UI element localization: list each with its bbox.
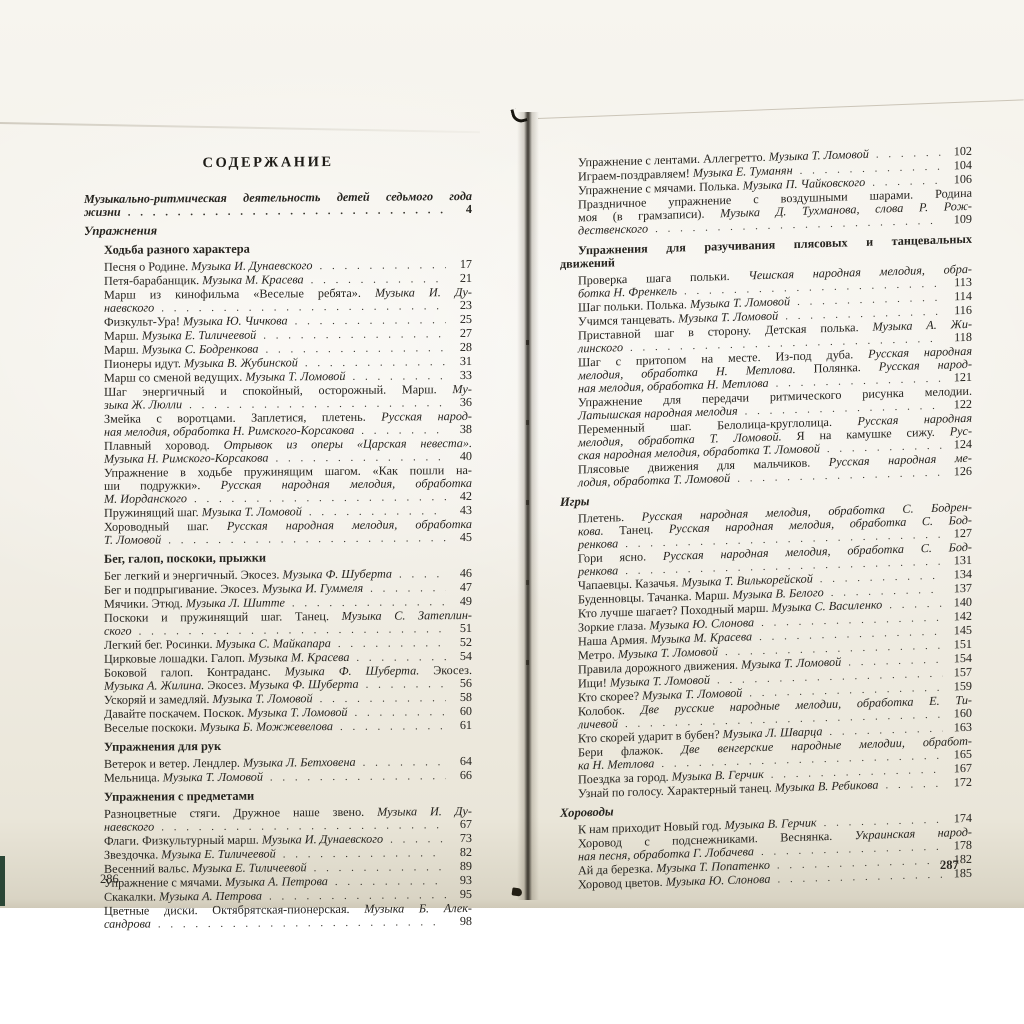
binding-stitches	[526, 340, 529, 345]
dot-leader: . . . . . . . . . . . . . . . . . . . . …	[313, 259, 447, 273]
page-number: 126	[943, 465, 972, 479]
page-number: 73	[446, 832, 472, 845]
dot-leader: . . . . . . . . . . . . . . . . . . . . …	[392, 568, 446, 581]
toc-entry: Хороводный шаг. Русская народная мелодия…	[84, 518, 472, 548]
page-number: 114	[943, 290, 972, 304]
toc-entry: Поскоки и пружинящий шаг. Танец. Музыка …	[84, 609, 472, 639]
page-number: 95	[446, 888, 472, 901]
book-photo-stage: СОДЕРЖАНИЕ Музыкально-ритмическая деятел…	[0, 0, 1024, 1024]
page-number: 38	[446, 423, 472, 436]
book-cover-edge	[0, 856, 5, 906]
left-folio-number: 286	[100, 872, 119, 887]
toc-entry-text: личевой	[578, 717, 618, 731]
page-number: 36	[446, 396, 472, 409]
dot-leader: . . . . . . . . . . . . . . . . . . . . …	[869, 147, 943, 162]
page-number: 60	[446, 705, 472, 718]
page-number: 122	[943, 398, 972, 412]
page-number: 106	[943, 173, 972, 187]
dot-leader: . . . . . . . . . . . . . . . . . . . . …	[263, 770, 446, 784]
page-number: 172	[943, 776, 972, 790]
toc-entry-text: ренкова	[578, 564, 618, 578]
page-number: 160	[943, 707, 972, 721]
left-page: СОДЕРЖАНИЕ Музыкально-ритмическая деятел…	[84, 153, 472, 932]
toc-entry: Мельница. Музыка Т. Ломовой. . . . . . .…	[84, 769, 472, 786]
page-number: 31	[446, 355, 472, 368]
toc-entry: Упражнение в ходьбе пружинящим шагом. «К…	[84, 464, 472, 507]
page-number: 121	[943, 371, 972, 385]
dot-leader: . . . . . . . . . . . . . . . . . . . . …	[383, 833, 446, 846]
page-number: 145	[943, 624, 972, 638]
page-number: 102	[943, 145, 972, 159]
page-number: 174	[943, 812, 972, 826]
page-number: 23	[446, 299, 472, 312]
toc-entry-text: Ветерок и ветер. Лендлер. Музыка Л. Бетх…	[104, 756, 356, 771]
toc-chapter: Музыкально-ритмическая деятельность дете…	[84, 190, 472, 220]
page-number: 116	[943, 304, 972, 318]
toc-entry-text: зыка Ж. Люлли	[104, 398, 182, 412]
toc-entry-text: Физкульт-Ура! Музыка Ю. Чичкова	[104, 314, 288, 328]
toc-entry-text: Звездочка. Музыка Е. Тиличеевой	[104, 847, 276, 861]
toc-entry: Марш из кинофильма «Веселые ребята». Муз…	[84, 286, 472, 316]
dot-leader: . . . . . . . . . . . . . . . . . . . . …	[121, 204, 446, 220]
page-number: 98	[446, 915, 472, 928]
page-number: 4	[446, 203, 472, 216]
page-number: 142	[943, 610, 972, 624]
toc-entry-line: Мельница. Музыка Т. Ломовой. . . . . . .…	[84, 769, 472, 786]
toc-entry-text: Скакалки. Музыка А. Петрова	[104, 890, 262, 904]
toc-entry-text: лодия, обработка Т. Ломовой	[578, 472, 730, 490]
open-book-photo: СОДЕРЖАНИЕ Музыкально-ритмическая деятел…	[0, 0, 1024, 908]
page-number: 52	[446, 636, 472, 649]
toc-entry-text: жизни	[84, 206, 121, 219]
toc-entry: Веселые поскоки. Музыка Б. Можжевелова. …	[84, 719, 472, 736]
page-number: 64	[446, 755, 472, 768]
page-number: 21	[446, 272, 472, 285]
page-number: 49	[446, 595, 472, 608]
page-number: 157	[943, 666, 972, 680]
dot-leader: . . . . . . . . . . . . . . . . . . . . …	[333, 720, 446, 734]
page-number: 25	[446, 313, 472, 326]
page-number: 42	[446, 490, 472, 503]
dot-leader: . . . . . . . . . . . . . . . . . . . . …	[256, 328, 446, 342]
toc-entry-line: Веселые поскоки. Музыка Б. Можжевелова. …	[84, 719, 472, 736]
dot-leader: . . . . . . . . . . . . . . . . . . . . …	[882, 598, 943, 613]
toc-entry-text: Марш. Музыка Е. Тиличеевой	[104, 329, 256, 343]
toc-entry-text: сандрова	[104, 917, 151, 930]
page-number: 134	[943, 568, 972, 582]
toc-subsection-heading: Бег, галоп, поскоки, прыжки	[84, 549, 472, 567]
page-number: 56	[446, 677, 472, 690]
page-number: 151	[943, 638, 972, 652]
toc-entry: Боковой галоп. Контраданс. Музыка Ф. Шуб…	[84, 664, 472, 694]
toc-entry-text: Музыка Н. Римского-Корсакова	[104, 452, 268, 466]
page-number: 159	[943, 680, 972, 694]
dot-leader: . . . . . . . . . . . . . . . . . . . . …	[151, 916, 446, 931]
page-number: 33	[446, 369, 472, 382]
page-number: 51	[446, 622, 472, 635]
book-gutter-shadow	[517, 112, 539, 900]
right-page: Упражнение с лентами. Аллегретто. Музыка…	[560, 145, 972, 893]
toc-section-heading: Упражнения	[84, 221, 472, 239]
toc-entry-line: сандрова. . . . . . . . . . . . . . . . …	[84, 915, 472, 932]
toc-entry: Разноцветные стяги. Дружное наше звено. …	[84, 805, 472, 835]
page-number: 54	[446, 650, 472, 663]
toc-entry-text: Флаги. Физкультурный марш. Музыка И. Дун…	[104, 833, 383, 848]
toc-entry-text: наевского	[104, 820, 154, 833]
toc-subsection-heading: Упражнения с предметами	[84, 787, 472, 805]
page-number: 43	[446, 504, 472, 517]
toc-entry-text: Упражнение с мячами. Музыка А. Петрова	[104, 875, 328, 890]
page-number: 93	[446, 874, 472, 887]
page-number: 165	[943, 748, 972, 762]
page-number: 118	[943, 331, 972, 345]
dot-leader: . . . . . . . . . . . . . . . . . . . . …	[359, 678, 446, 692]
page-number: 67	[446, 818, 472, 831]
page-number: 46	[446, 567, 472, 580]
page-number: 137	[943, 582, 972, 596]
page-number: 17	[446, 258, 472, 271]
page-number: 27	[446, 327, 472, 340]
right-page-edge	[538, 99, 1024, 119]
toc-entry-text: дественского	[578, 222, 648, 237]
toc-entry-text: Марш. Музыка С. Бодренкова	[104, 343, 258, 357]
dot-leader: . . . . . . . . . . . . . . . . . . . . …	[288, 314, 446, 328]
toc-subsection-heading: Ходьба разного характера	[84, 240, 472, 258]
binding-thread-bottom	[511, 887, 522, 896]
toc-entry-text: Т. Ломовой	[104, 533, 161, 546]
page-number: 66	[446, 769, 472, 782]
toc-entry-text: Мельница. Музыка Т. Ломовой	[104, 771, 263, 785]
dot-leader: . . . . . . . . . . . . . . . . . . . . …	[356, 756, 446, 770]
page-number: 28	[446, 341, 472, 354]
toc-entry-text: Бег и подпрыгивание. Экосез. Музыка И. Г…	[104, 582, 363, 597]
page-number: 40	[446, 450, 472, 463]
page-number: 124	[943, 438, 972, 452]
page-number: 131	[943, 554, 972, 568]
right-toc-blocks: Упражнение с лентами. Аллегретто. Музыка…	[560, 145, 972, 893]
dot-leader: . . . . . . . . . . . . . . . . . . . . …	[161, 532, 446, 547]
dot-leader: . . . . . . . . . . . . . . . . . . . . …	[348, 706, 446, 720]
page-number: 154	[943, 652, 972, 666]
page-number: 163	[943, 721, 972, 735]
dot-leader: . . . . . . . . . . . . . . . . . . . . …	[328, 875, 446, 889]
toc-entry-text: ренкова	[578, 537, 618, 551]
dot-leader: . . . . . . . . . . . . . . . . . . . . …	[363, 582, 446, 596]
dot-leader: . . . . . . . . . . . . . . . . . . . . …	[878, 778, 943, 793]
page-crease	[0, 122, 480, 133]
toc-entry-text: Музыка А. Жилина. Экосез. Музыка Ф. Шубе…	[104, 678, 359, 693]
page-number: 127	[943, 527, 972, 541]
toc-entry: Цветные диски. Октябрятская-пионерская. …	[84, 902, 472, 932]
left-toc-blocks: Музыкально-ритмическая деятельность дете…	[84, 190, 472, 932]
page-number: 61	[446, 719, 472, 732]
toc-subsection-heading: Упражнения для рук	[84, 737, 472, 755]
page-number: 167	[943, 762, 972, 776]
page-number: 113	[943, 276, 972, 290]
right-folio-number: 287	[940, 858, 959, 873]
toc-title: СОДЕРЖАНИЕ	[94, 153, 442, 173]
page-number: 109	[943, 213, 972, 227]
toc-entry-text: наевского	[104, 301, 154, 314]
toc-entry-text: Веселые поскоки. Музыка Б. Можжевелова	[104, 720, 333, 735]
page-number: 45	[446, 531, 472, 544]
page-number: 82	[446, 846, 472, 859]
toc-entry-text: ского	[104, 625, 132, 638]
page-number: 89	[446, 860, 472, 873]
page-number: 58	[446, 691, 472, 704]
page-number: 178	[943, 839, 972, 853]
toc-entry-line: Т. Ломовой. . . . . . . . . . . . . . . …	[84, 531, 472, 548]
page-number: 47	[446, 581, 472, 594]
page-number: 140	[943, 596, 972, 610]
page-number: 104	[943, 159, 972, 173]
toc-entry-text: М. Иорданского	[104, 492, 187, 506]
